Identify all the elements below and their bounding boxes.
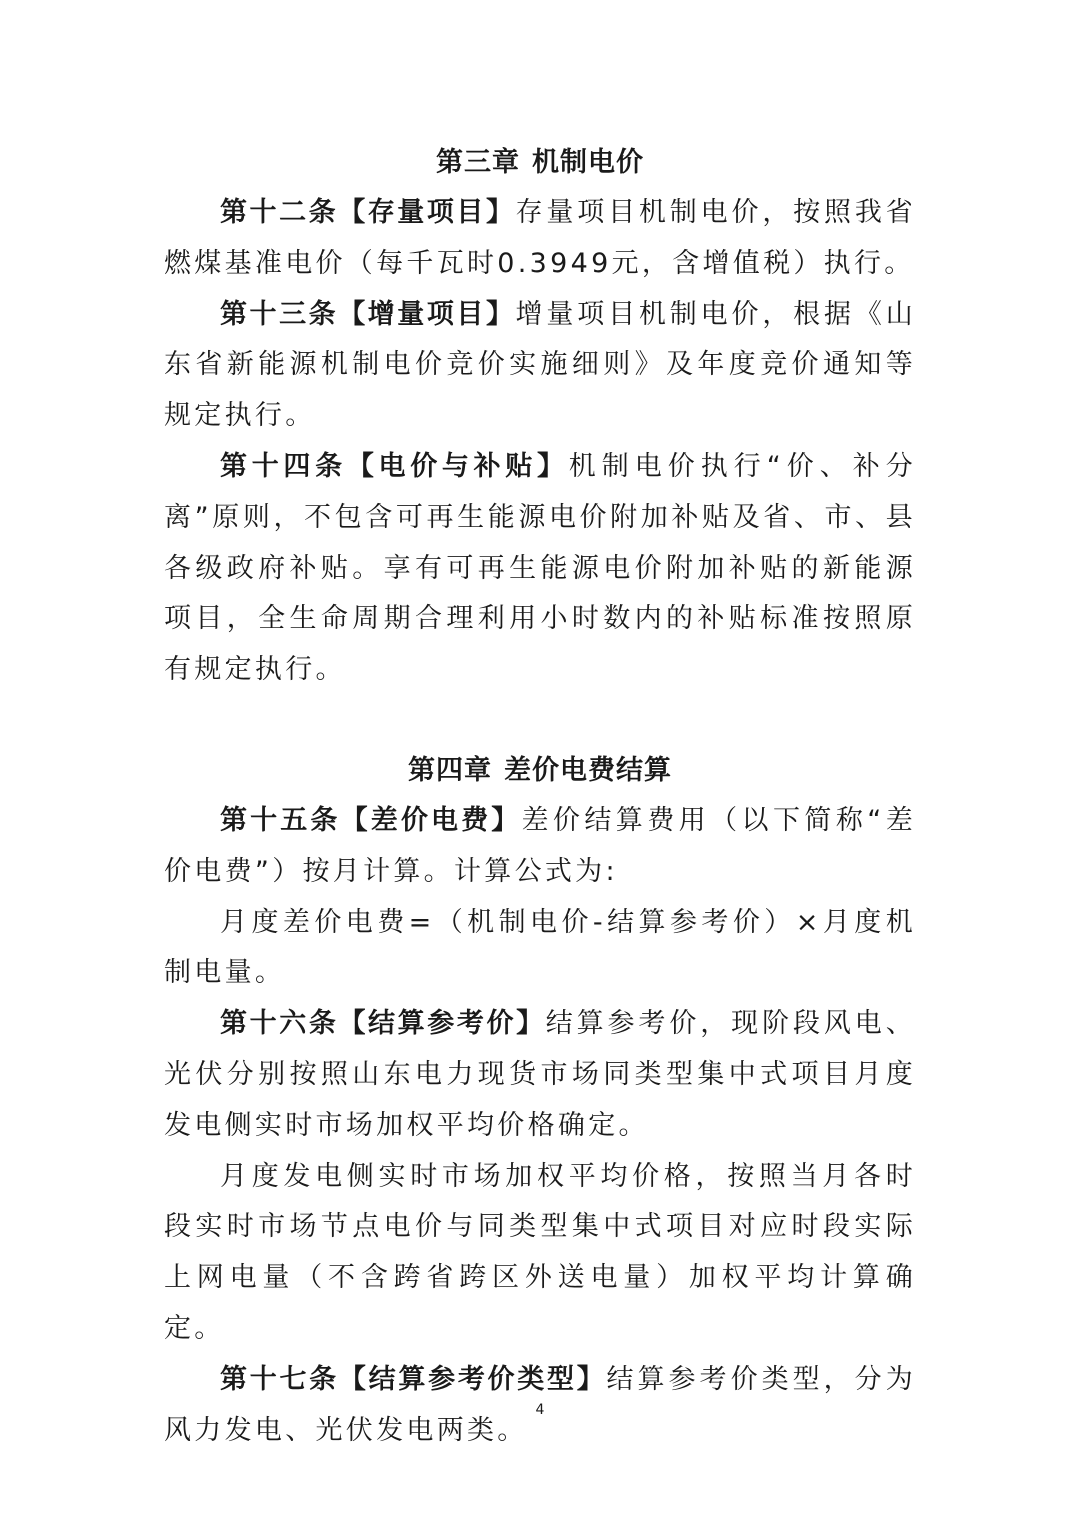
article-heading: 第十七条【结算参考价类型】: [220, 1364, 606, 1395]
continuation-paragraph: 月度发电侧实时市场加权平均价格，按照当月各时段实时市场节点电价与同类型集中式项目…: [164, 1152, 916, 1355]
chapter-name: 差价电费结算: [504, 755, 672, 786]
page-number: 4: [0, 1400, 1080, 1420]
article-text: 机制电价执行“价、补分离”原则，不包含可再生能源电价附加补贴及省、市、县各级政府…: [164, 451, 916, 685]
chapter-title: 第三章机制电价: [164, 138, 916, 188]
chapter-title: 第四章差价电费结算: [164, 746, 916, 796]
article-paragraph: 第十三条【增量项目】增量项目机制电价，根据《山东省新能源机制电价竞价实施细则》及…: [164, 290, 916, 442]
article-paragraph: 第十四条【电价与补贴】机制电价执行“价、补分离”原则，不包含可再生能源电价附加补…: [164, 442, 916, 696]
paragraph-text: 月度发电侧实时市场加权平均价格，按照当月各时段实时市场节点电价与同类型集中式项目…: [164, 1161, 916, 1344]
document-page: 第三章机制电价 第十二条【存量项目】存量项目机制电价，按照我省燃煤基准电价（每千…: [0, 0, 1080, 1527]
chapter-number: 第四章: [408, 755, 492, 786]
article-heading: 第十三条【增量项目】: [220, 299, 516, 330]
formula-text: 月度差价电费=（机制电价-结算参考价）×月度机制电量。: [164, 907, 916, 989]
article-paragraph: 第十五条【差价电费】差价结算费用（以下简称“差价电费”）按月计算。计算公式为:: [164, 796, 916, 898]
page-content: 第三章机制电价 第十二条【存量项目】存量项目机制电价，按照我省燃煤基准电价（每千…: [164, 138, 916, 1456]
article-heading: 第十六条【结算参考价】: [220, 1008, 546, 1039]
chapter-number: 第三章: [436, 147, 520, 178]
formula-paragraph: 月度差价电费=（机制电价-结算参考价）×月度机制电量。: [164, 898, 916, 1000]
article-paragraph: 第十二条【存量项目】存量项目机制电价，按照我省燃煤基准电价（每千瓦时0.3949…: [164, 188, 916, 290]
article-heading: 第十二条【存量项目】: [220, 197, 516, 228]
article-heading: 第十四条【电价与补贴】: [220, 451, 569, 482]
article-paragraph: 第十六条【结算参考价】结算参考价，现阶段风电、光伏分别按照山东电力现货市场同类型…: [164, 999, 916, 1151]
article-heading: 第十五条【差价电费】: [220, 805, 521, 836]
chapter-name: 机制电价: [532, 147, 644, 178]
section-spacer: [164, 696, 916, 746]
